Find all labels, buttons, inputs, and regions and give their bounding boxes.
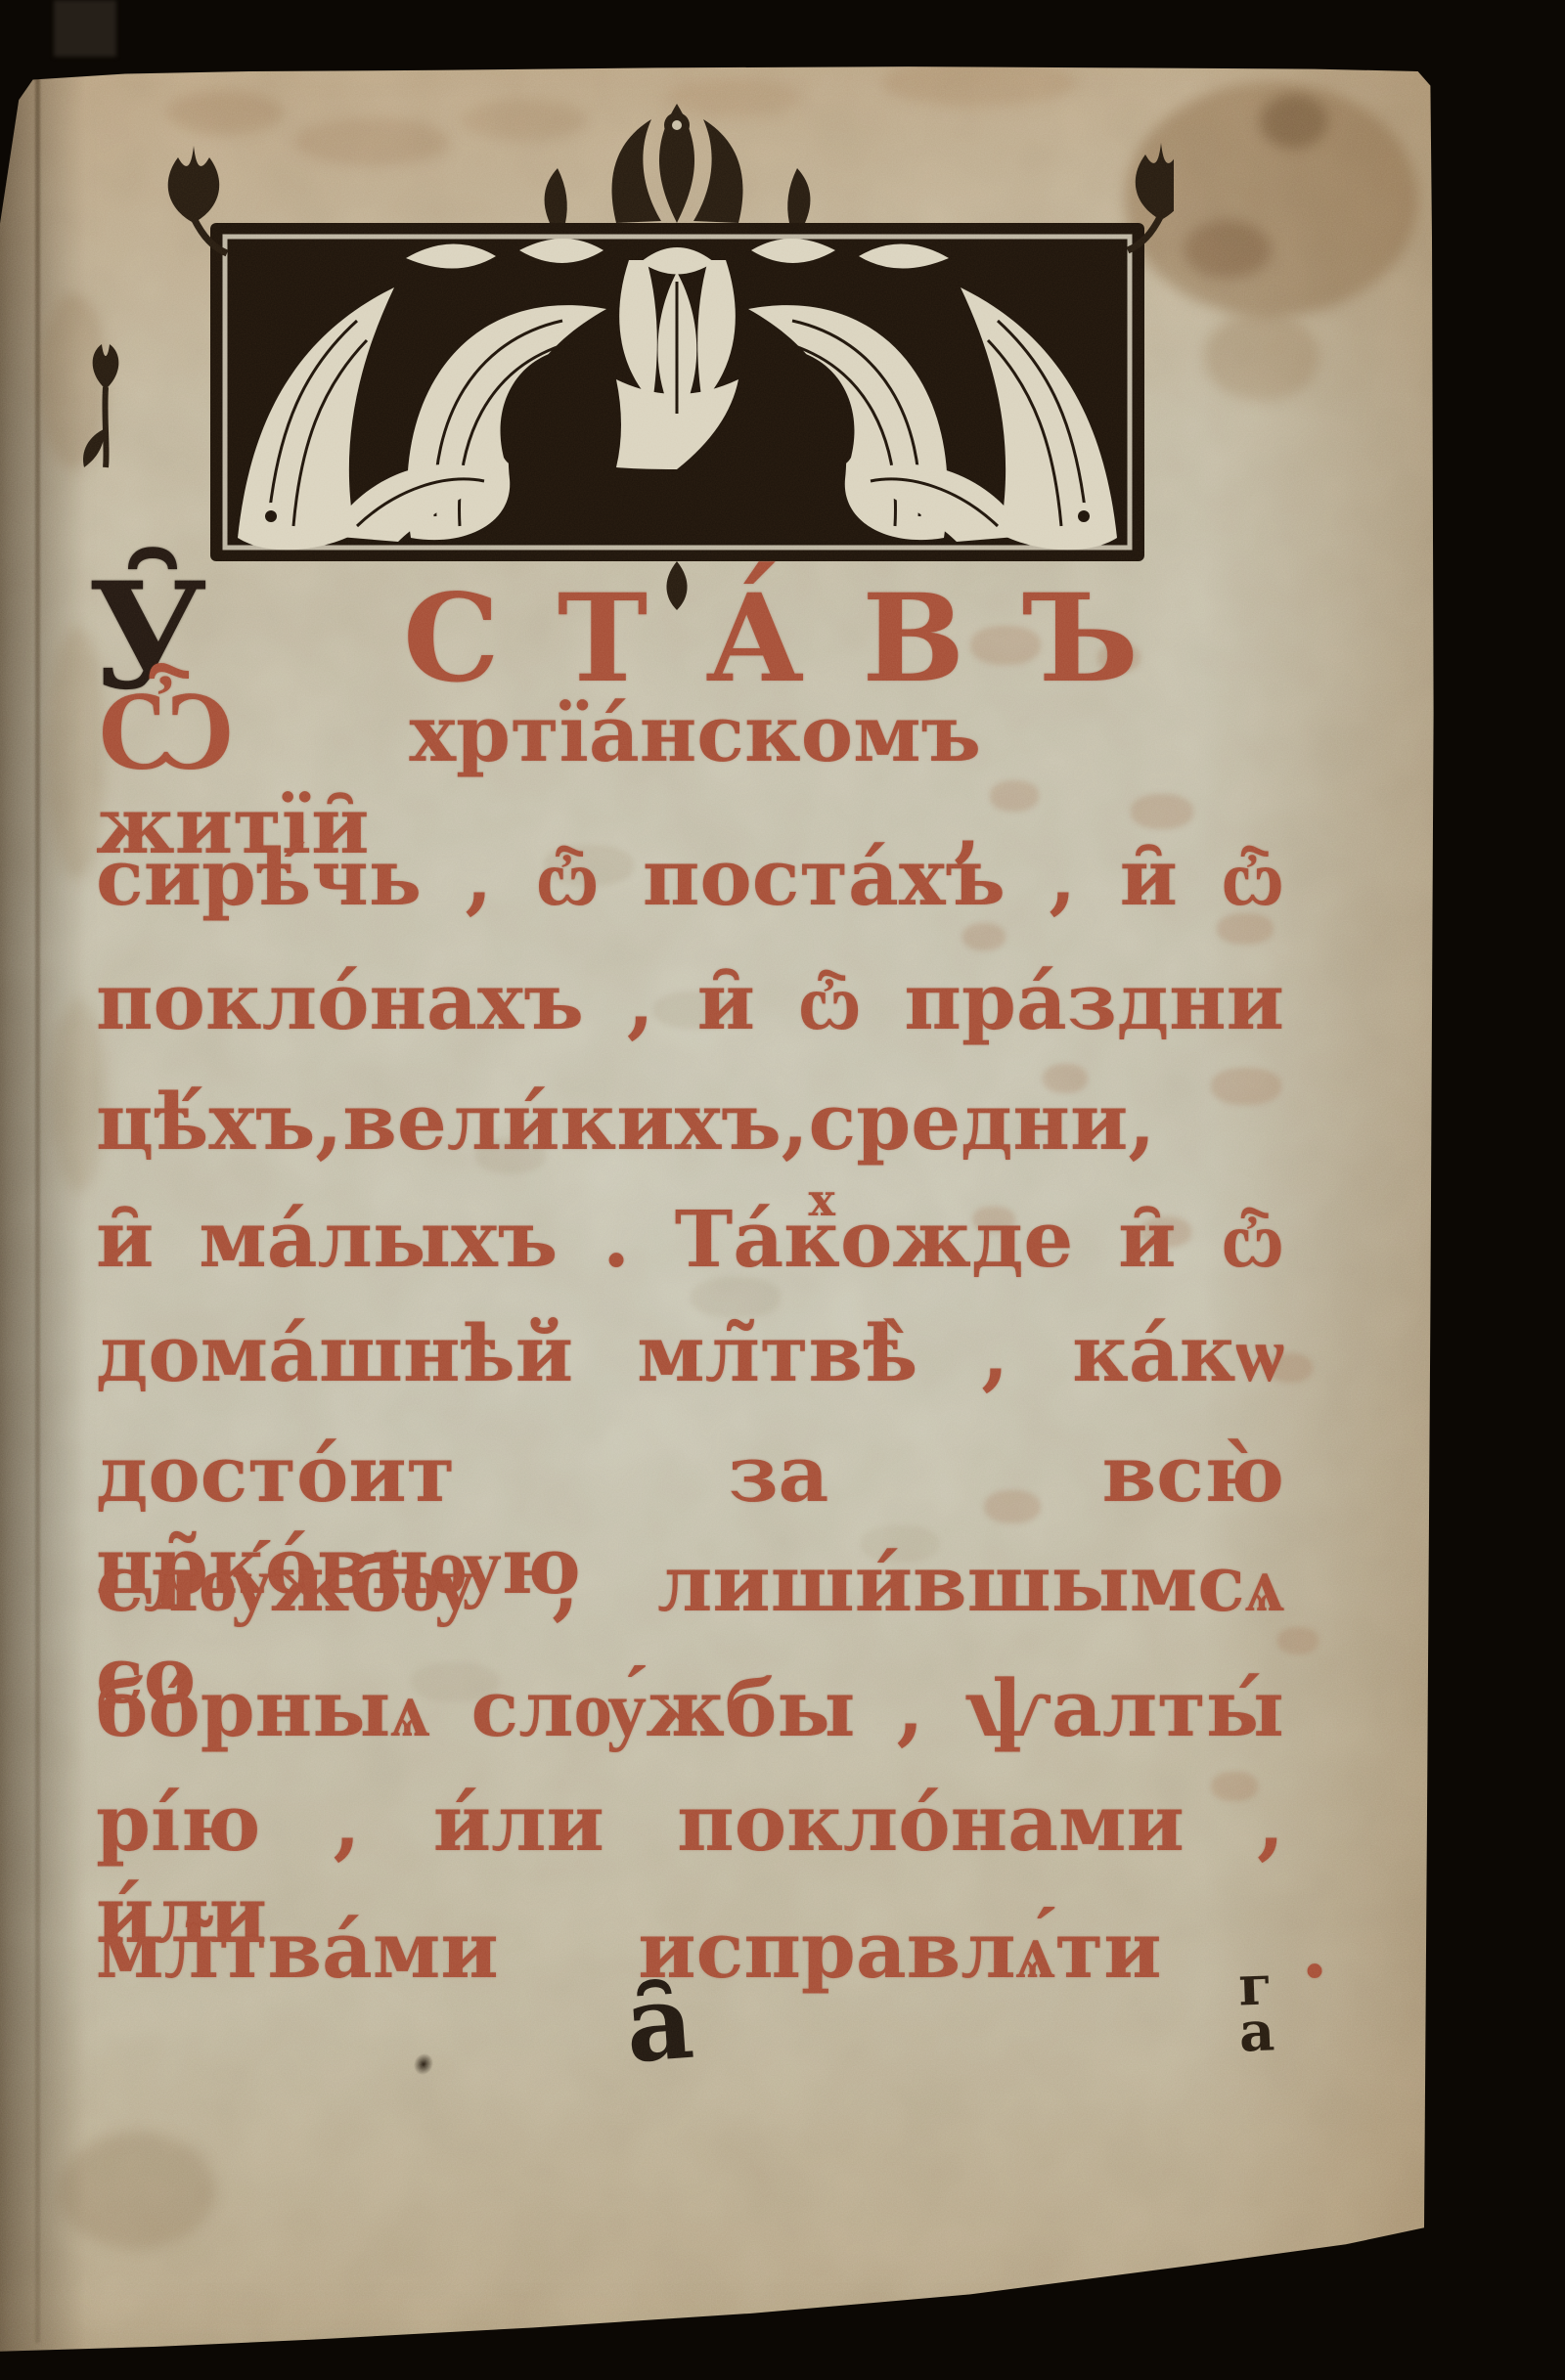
line-word: вели́кихъ [342,1076,781,1168]
paper-bottom-toning [0,2008,1565,2380]
body-line: покло́нахъ , и̑ ѽ пра́здни [96,955,1284,1047]
title-letter: Т [558,579,648,700]
title-letter: Ъ [1022,579,1139,700]
folio-mark: г а [1236,1962,1275,2055]
paper-stain [59,2132,215,2249]
binding-shadow [54,0,116,57]
line-comma: , [782,1076,809,1168]
bleedthrough-mark [1131,794,1193,829]
manuscript-page: У̑ С Т А́ В Ъ Ѽ хртїа́нскомъ житїи̑ , си… [0,0,1565,2380]
body-line: дома́шнѣй мл̃твѣ̀ , ка́кѡ [96,1307,1284,1399]
title-letter: В [862,579,964,700]
headpiece-side-flower [83,344,118,467]
book-photo: У̑ С Т А́ В Ъ Ѽ хртїа́нскомъ житїи̑ , си… [0,0,1565,2380]
body-line: мл̃тва́ми исправлѧ́ти . [96,1904,1328,1996]
body-line: и̑ ма́лыхъ . Та́кожде и̑ ѽ [96,1193,1284,1285]
paper-stain [1260,94,1328,149]
paper-stain [1203,313,1320,401]
line-word: цѣ́хъ [96,1076,315,1168]
line-drop-initial: Ѽ [96,663,236,796]
body-line: сирѣ́чь , ѽ поста́хъ , и̑ ѽ [96,831,1284,923]
line-comma: , [1128,1076,1155,1168]
woodcut-headpiece [68,86,1174,614]
ink-blot [406,2046,441,2083]
title-letter: А́ [705,579,804,700]
bleedthrough-mark [1211,1068,1281,1105]
page-title: С Т А́ В Ъ [403,579,1139,700]
quire-signature-mark: а̑ [622,1969,696,2078]
paper-stain [1184,220,1272,279]
paper-crease [35,65,40,2343]
line-comma: , [315,1076,342,1168]
folio-mark-bottom: а [1238,2008,1275,2055]
bleedthrough-mark [990,780,1039,812]
bleedthrough-mark [962,923,1006,950]
title-letter: С [403,579,500,700]
body-line: бо́рныѧ слѹ́жбы , ѱалты́ [96,1662,1284,1754]
